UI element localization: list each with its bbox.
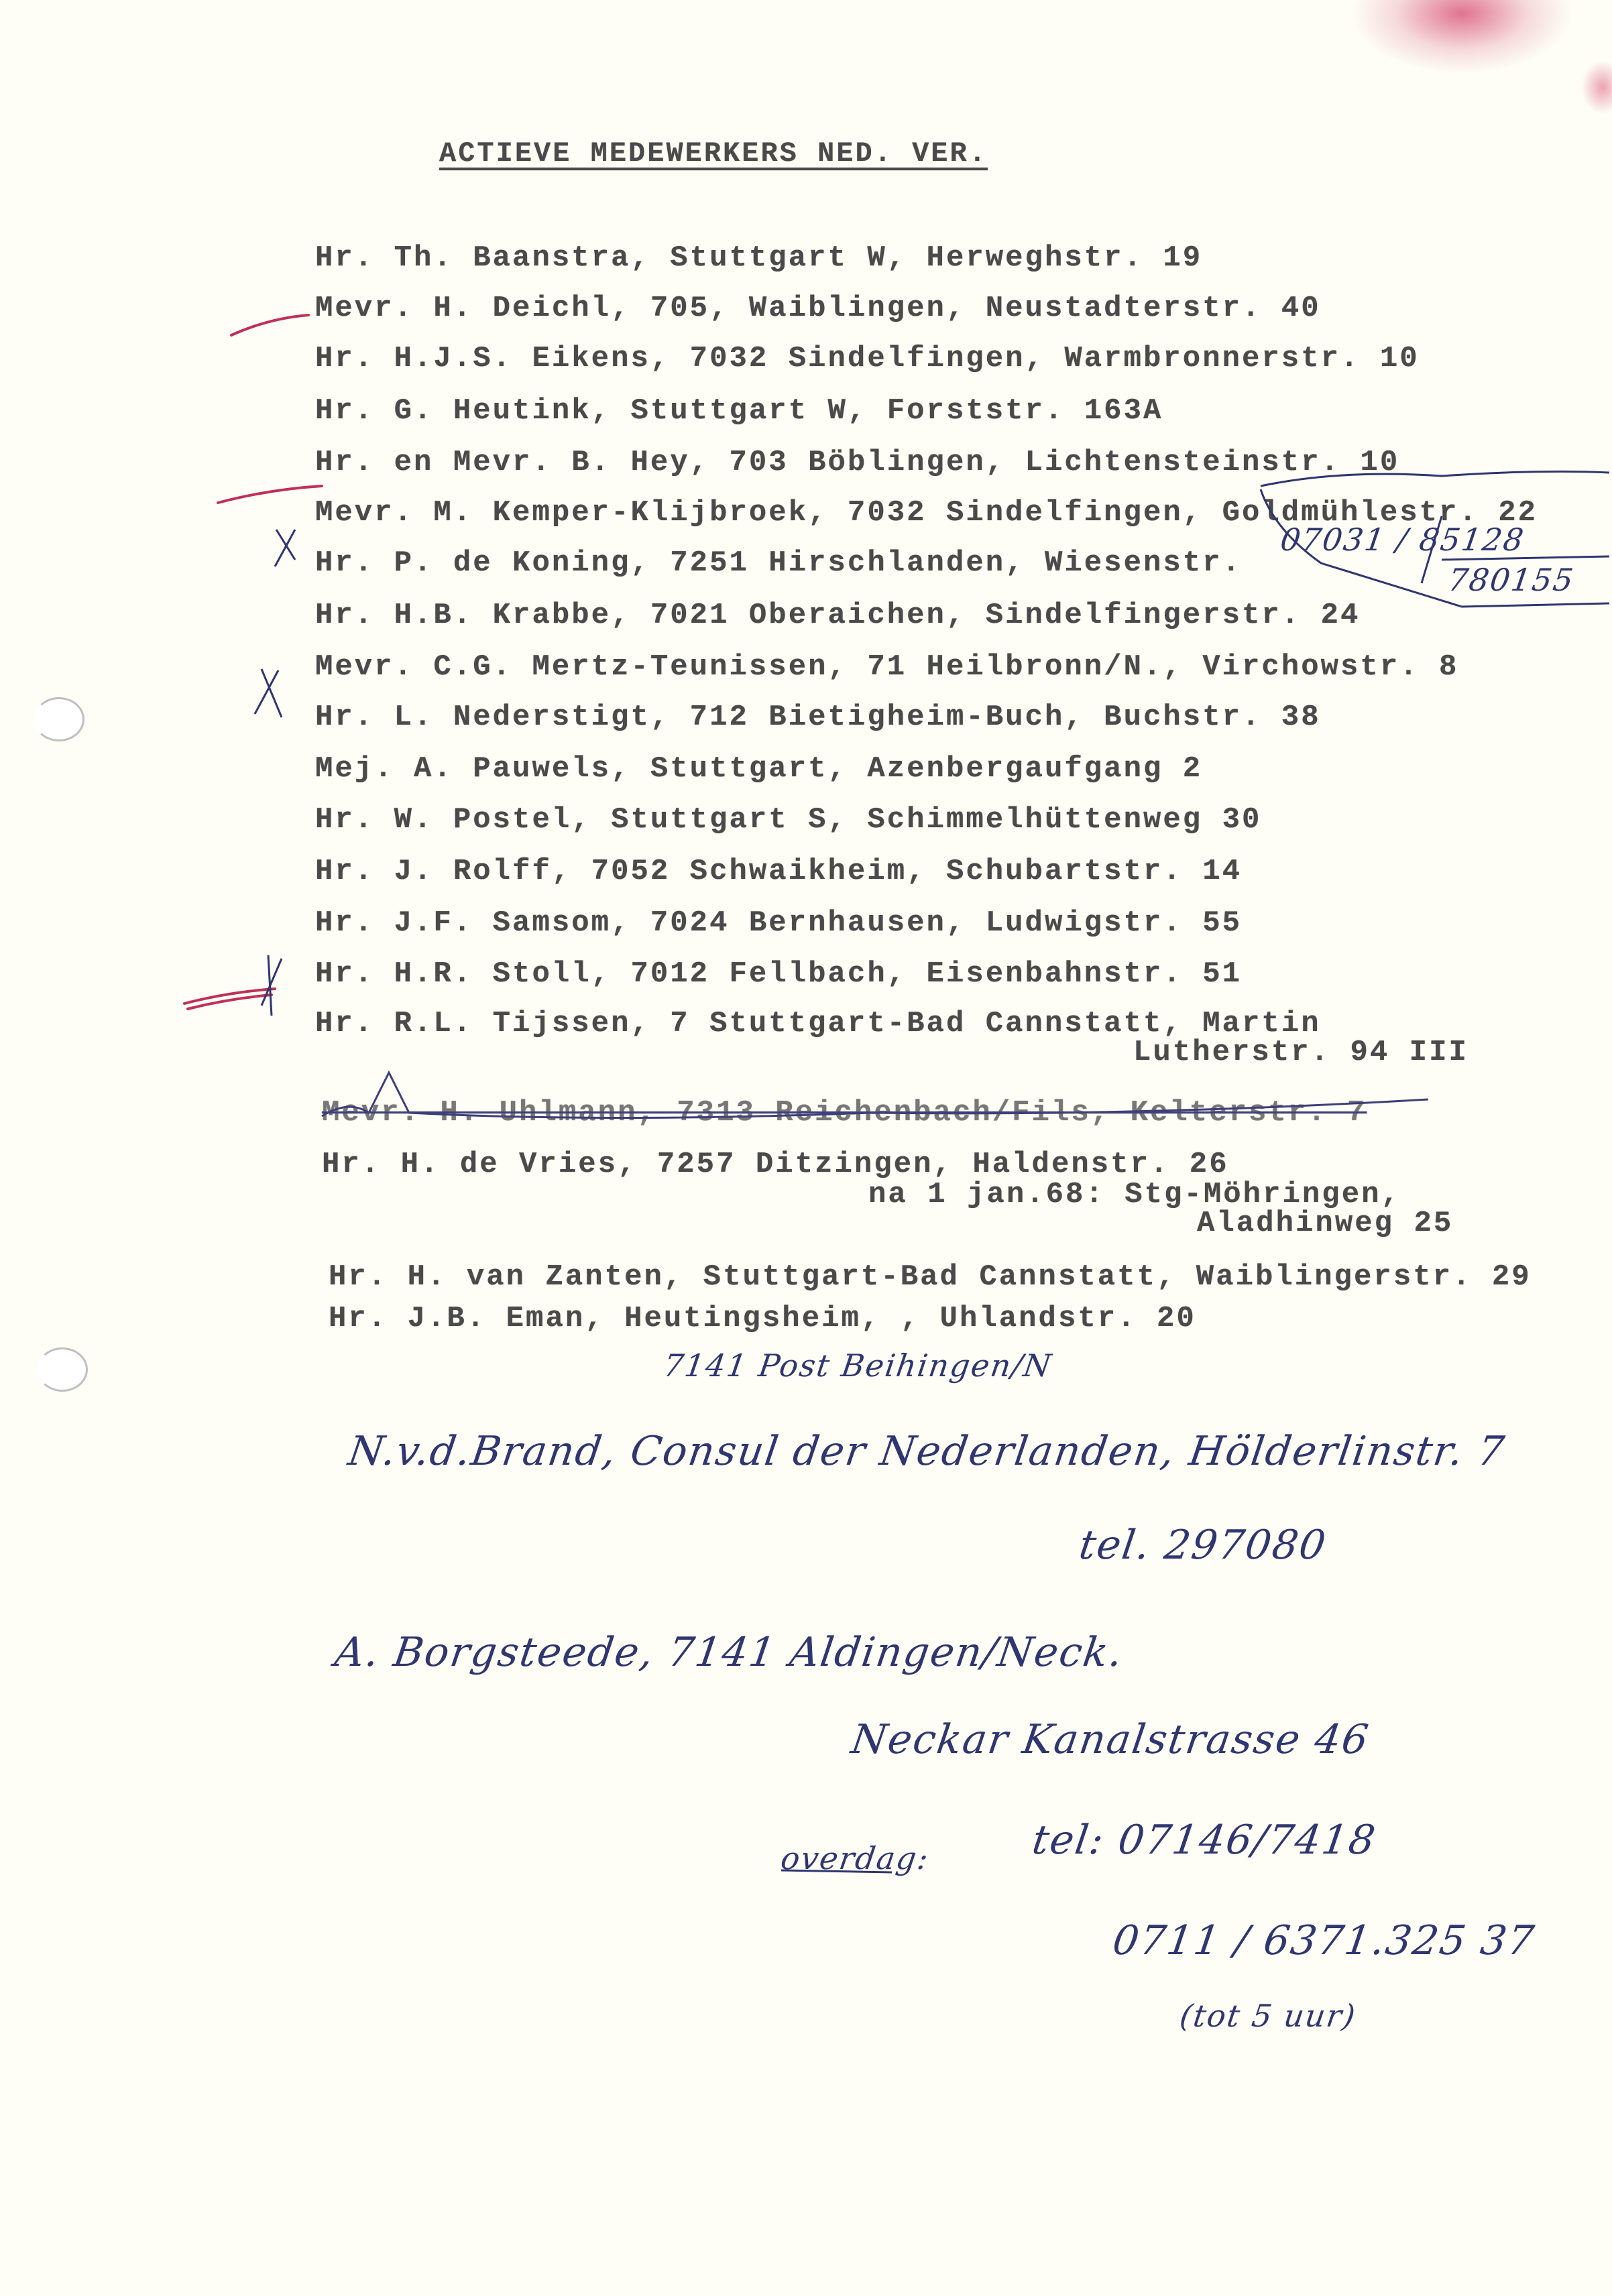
borgsteede-address: A. Borgsteede, 7141 Aldingen/Neck. xyxy=(332,1629,1127,1676)
borgsteede-tel: tel: 07146/7418 xyxy=(1029,1817,1379,1864)
kemper-phone-1: 07031 / 85128 xyxy=(1278,522,1527,558)
red-dash-icon xyxy=(184,315,322,1009)
borgsteede-street: Neckar Kanalstrasse 46 xyxy=(848,1716,1372,1763)
strikethrough-scribble-icon xyxy=(322,1073,1428,1118)
vd-brand-tel: tel. 297080 xyxy=(1076,1522,1330,1569)
vd-brand-address: N.v.d.Brand, Consul der Nederlanden, Höl… xyxy=(345,1428,1508,1475)
blue-x-icon xyxy=(255,530,295,1016)
overdag-label: overdag: xyxy=(779,1840,931,1876)
eman-post-note: 7141 Post Beihingen/N xyxy=(661,1347,1055,1384)
document-page: ACTIEVE MEDEWERKERS NED. VER. Hr. Th. Ba… xyxy=(0,0,1612,2296)
kemper-phone-2: 780155 xyxy=(1446,562,1576,598)
overdag-tel: 0711 / 6371.325 37 xyxy=(1110,1917,1538,1964)
overdag-note: (tot 5 uur) xyxy=(1177,1998,1359,2034)
